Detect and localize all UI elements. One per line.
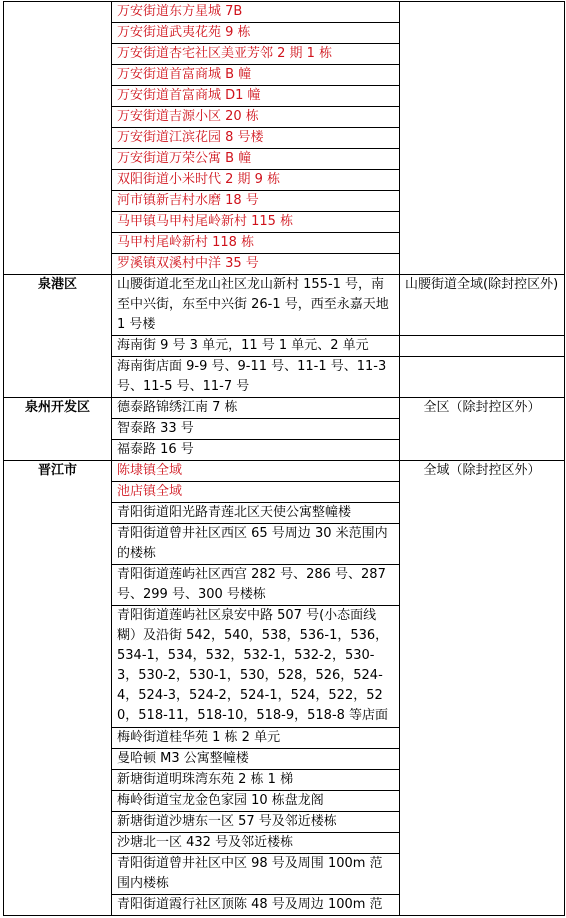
location-cell: 青阳街道莲屿社区泉安中路 507 号(小态面线糊）及沿街 542，540，538… [112, 606, 400, 728]
location-cell: 青阳街道曾井社区中区 98 号及周围 100m 范围内楼栋 [112, 854, 400, 895]
scope-cell [400, 336, 565, 357]
location-cell: 青阳街道阳光路青莲北区天使公寓整幢楼 [112, 503, 400, 524]
location-cell: 青阳街道霞行社区顶陈 48 号及周边 100m 范 [112, 895, 400, 916]
location-cell: 梅岭街道桂华苑 1 栋 2 单元 [112, 728, 400, 749]
district-cell [4, 2, 112, 275]
location-cell: 万安街道吉源小区 20 栋 [112, 107, 400, 128]
location-cell: 万安街道首富商城 B 幢 [112, 65, 400, 86]
location-cell: 青阳街道莲屿社区西宫 282 号、286 号、287 号、299 号、300 号… [112, 565, 400, 606]
location-cell: 池店镇全域 [112, 482, 400, 503]
district-cell-jinjiang: 晋江市 [4, 461, 112, 916]
location-cell: 罗溪镇双溪村中洋 35 号 [112, 254, 400, 275]
district-cell-quangang: 泉港区 [4, 275, 112, 398]
scope-cell [400, 357, 565, 398]
location-cell: 河市镇新吉村水磨 18 号 [112, 191, 400, 212]
location-cell: 双阳街道小米时代 2 期 9 栋 [112, 170, 400, 191]
location-cell: 马甲村尾岭新村 118 栋 [112, 233, 400, 254]
location-cell: 新塘街道沙塘东一区 57 号及邻近楼栋 [112, 812, 400, 833]
location-cell: 青阳街道曾井社区西区 65 号周边 30 米范围内的楼栋 [112, 524, 400, 565]
location-cell: 万安街道东方星城 7B [112, 2, 400, 23]
location-cell: 万安街道武夷花苑 9 栋 [112, 23, 400, 44]
scope-cell: 全域（除封控区外） [400, 461, 565, 916]
location-cell: 万安街道万荣公寓 B 幢 [112, 149, 400, 170]
location-cell: 智泰路 33 号 [112, 419, 400, 440]
scope-cell [400, 2, 565, 275]
location-cell: 海南街店面 9-9 号、9-11 号、11-1 号、11-3 号、11-5 号、… [112, 357, 400, 398]
location-cell: 陈埭镇全域 [112, 461, 400, 482]
location-cell: 梅岭街道宝龙金色家园 10 栋盘龙阁 [112, 791, 400, 812]
risk-area-table: 万安街道东方星城 7B 万安街道武夷花苑 9 栋 万安街道杏宅社区美亚芳邻 2 … [3, 1, 565, 916]
scope-cell: 山腰街道全域(除封控区外) [400, 275, 565, 336]
location-cell: 万安街道杏宅社区美亚芳邻 2 期 1 栋 [112, 44, 400, 65]
location-cell: 万安街道首富商城 D1 幢 [112, 86, 400, 107]
location-cell: 曼哈顿 M3 公寓整幢楼 [112, 749, 400, 770]
location-cell: 德泰路锦绣江南 7 栋 [112, 398, 400, 419]
location-cell: 万安街道江滨花园 8 号楼 [112, 128, 400, 149]
location-cell: 马甲镇马甲村尾岭新村 115 栋 [112, 212, 400, 233]
location-cell: 沙塘北一区 432 号及邻近楼栋 [112, 833, 400, 854]
location-cell: 新塘街道明珠湾东苑 2 栋 1 梯 [112, 770, 400, 791]
district-cell-kaifaqu: 泉州开发区 [4, 398, 112, 461]
location-cell: 山腰街道北至龙山社区龙山新村 155-1 号，南至中兴街，东至中兴街 26-1 … [112, 275, 400, 336]
scope-cell: 全区（除封控区外） [400, 398, 565, 461]
location-cell: 福泰路 16 号 [112, 440, 400, 461]
location-cell: 海南街 9 号 3 单元，11 号 1 单元、2 单元 [112, 336, 400, 357]
